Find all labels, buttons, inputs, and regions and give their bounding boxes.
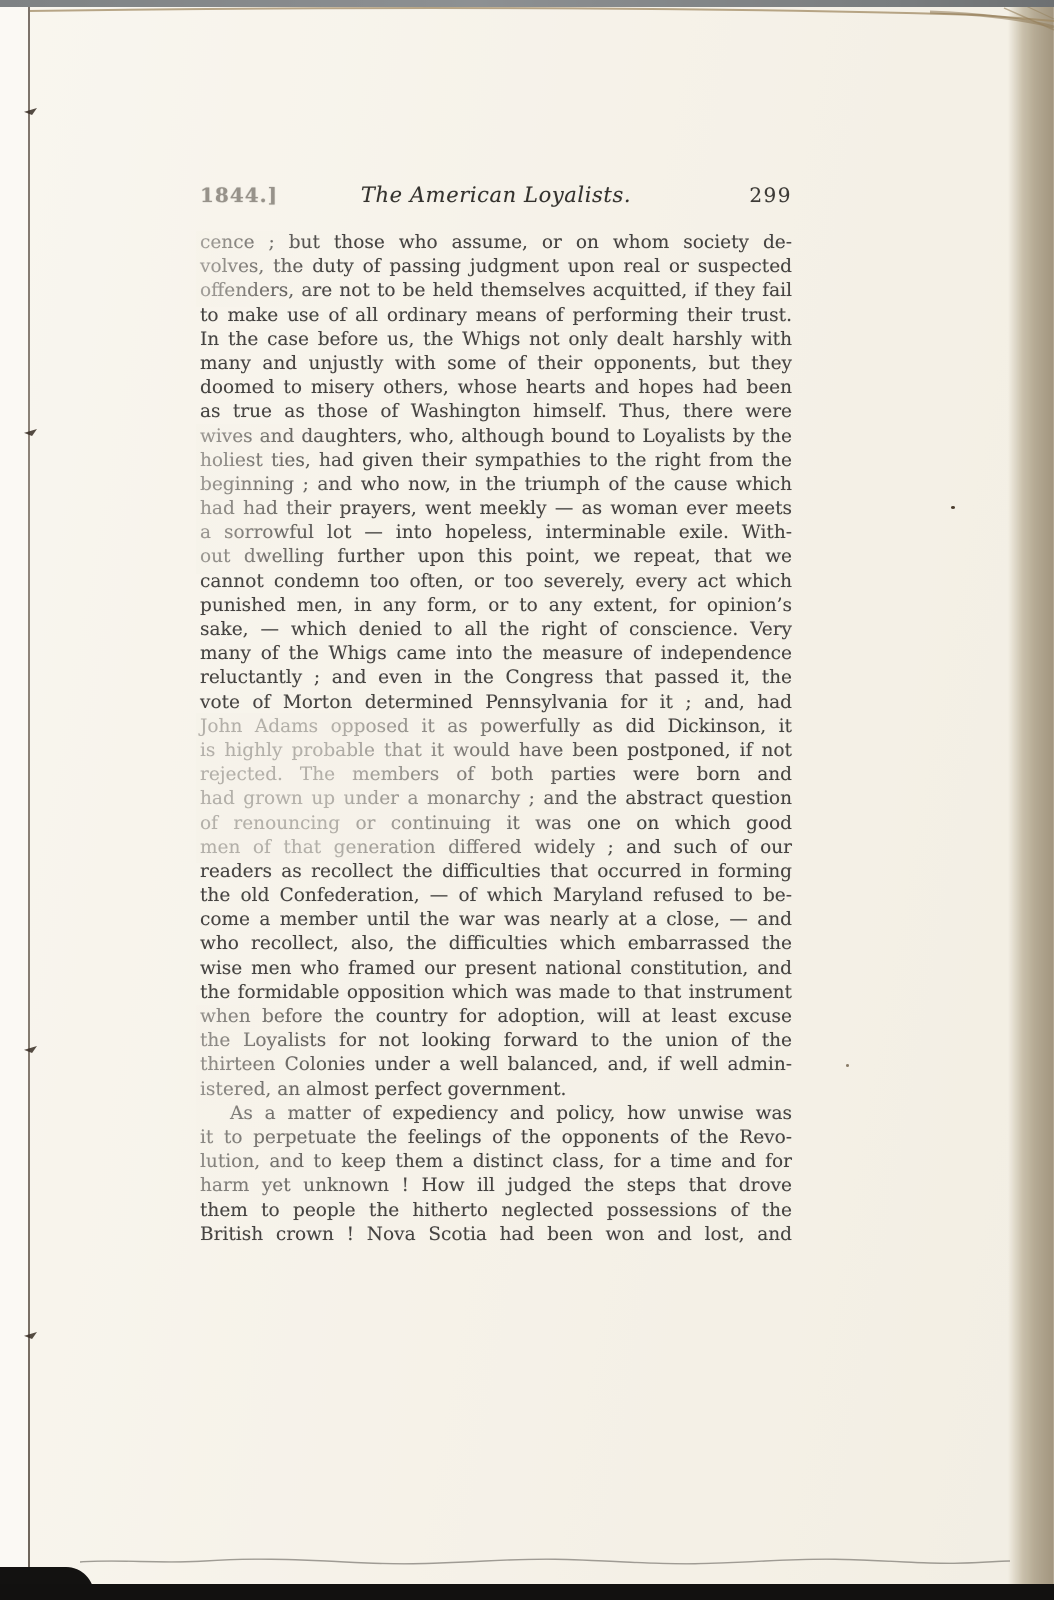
text-line: holiest ties, had given their sympathies… <box>200 449 792 473</box>
text-line: istered, an almost perfect government. <box>200 1078 792 1102</box>
text-line: wives and daughters, who, although bound… <box>200 425 792 449</box>
text-line: had grown up under a monarchy ; and the … <box>200 787 792 811</box>
text-line: As a matter of expediency and policy, ho… <box>200 1102 792 1126</box>
text-line: In the case before us, the Whigs not onl… <box>200 328 792 352</box>
text-line: volves, the duty of passing judgment upo… <box>200 255 792 279</box>
text-line: punished men, in any form, or to any ext… <box>200 594 792 618</box>
text-line: doomed to misery others, whose hearts an… <box>200 376 792 400</box>
text-line: wise men who framed our present national… <box>200 957 792 981</box>
text-line: cence ; but those who assume, or on whom… <box>200 231 792 255</box>
text-line: men of that generation differed widely ;… <box>200 836 792 860</box>
text-line: readers as recollect the difficulties th… <box>200 860 792 884</box>
ink-speck <box>951 506 955 509</box>
page-stack-right-edge <box>1008 4 1054 1586</box>
ink-speck <box>846 1064 849 1067</box>
scanned-book-page: 1844.] The American Loyalists. 299 cence… <box>0 0 1054 1600</box>
scanner-top-bar <box>0 0 1054 7</box>
page-bottom-fold-line <box>80 1555 1010 1567</box>
text-line: reluctantly ; and even in the Congress t… <box>200 666 792 690</box>
text-line: offenders, are not to be held themselves… <box>200 279 792 303</box>
text-line: to make use of all ordinary means of per… <box>200 304 792 328</box>
text-line: lution, and to keep them a distinct clas… <box>200 1150 792 1174</box>
text-line: them to people the hitherto neglected po… <box>200 1199 792 1223</box>
text-line: had had their prayers, went meekly — as … <box>200 497 792 521</box>
text-line: the old Confederation, — of which Maryla… <box>200 884 792 908</box>
text-line: it to perpetuate the feelings of the opp… <box>200 1126 792 1150</box>
body-text: cence ; but those who assume, or on whom… <box>200 231 792 1247</box>
running-header: 1844.] The American Loyalists. 299 <box>200 183 792 211</box>
text-line: many of the Whigs came into the measure … <box>200 642 792 666</box>
text-line: vote of Morton determined Pennsylvania f… <box>200 691 792 715</box>
text-line: many and unjustly with some of their opp… <box>200 352 792 376</box>
text-line: rejected. The members of both parties we… <box>200 763 792 787</box>
text-line: sake, — which denied to all the right of… <box>200 618 792 642</box>
text-line: a sorrowful lot — into hopeless, intermi… <box>200 521 792 545</box>
text-line: beginning ; and who now, in the triumph … <box>200 473 792 497</box>
text-line: when before the country for adoption, wi… <box>200 1005 792 1029</box>
text-line: British crown ! Nova Scotia had been won… <box>200 1223 792 1247</box>
text-line: out dwelling further upon this point, we… <box>200 545 792 569</box>
text-line: is highly probable that it would have be… <box>200 739 792 763</box>
text-line: as true as those of Washington himself. … <box>200 400 792 424</box>
text-line: of renouncing or continuing it was one o… <box>200 812 792 836</box>
header-year: 1844.] <box>200 183 278 207</box>
text-line: harm yet unknown ! How ill judged the st… <box>200 1174 792 1198</box>
text-line: who recollect, also, the difficulties wh… <box>200 932 792 956</box>
scanner-bottom-bar <box>0 1584 1054 1600</box>
text-line: the Loyalists for not looking forward to… <box>200 1029 792 1053</box>
text-line: the formidable opposition which was made… <box>200 981 792 1005</box>
text-line: cannot condemn too often, or too severel… <box>200 570 792 594</box>
page-gutter <box>0 7 29 1582</box>
text-line: come a member until the war was nearly a… <box>200 908 792 932</box>
text-line: thirteen Colonies under a well balanced,… <box>200 1053 792 1077</box>
page-title: The American Loyalists. <box>361 183 631 207</box>
page-number: 299 <box>749 183 792 207</box>
text-line: John Adams opposed it as powerfully as d… <box>200 715 792 739</box>
